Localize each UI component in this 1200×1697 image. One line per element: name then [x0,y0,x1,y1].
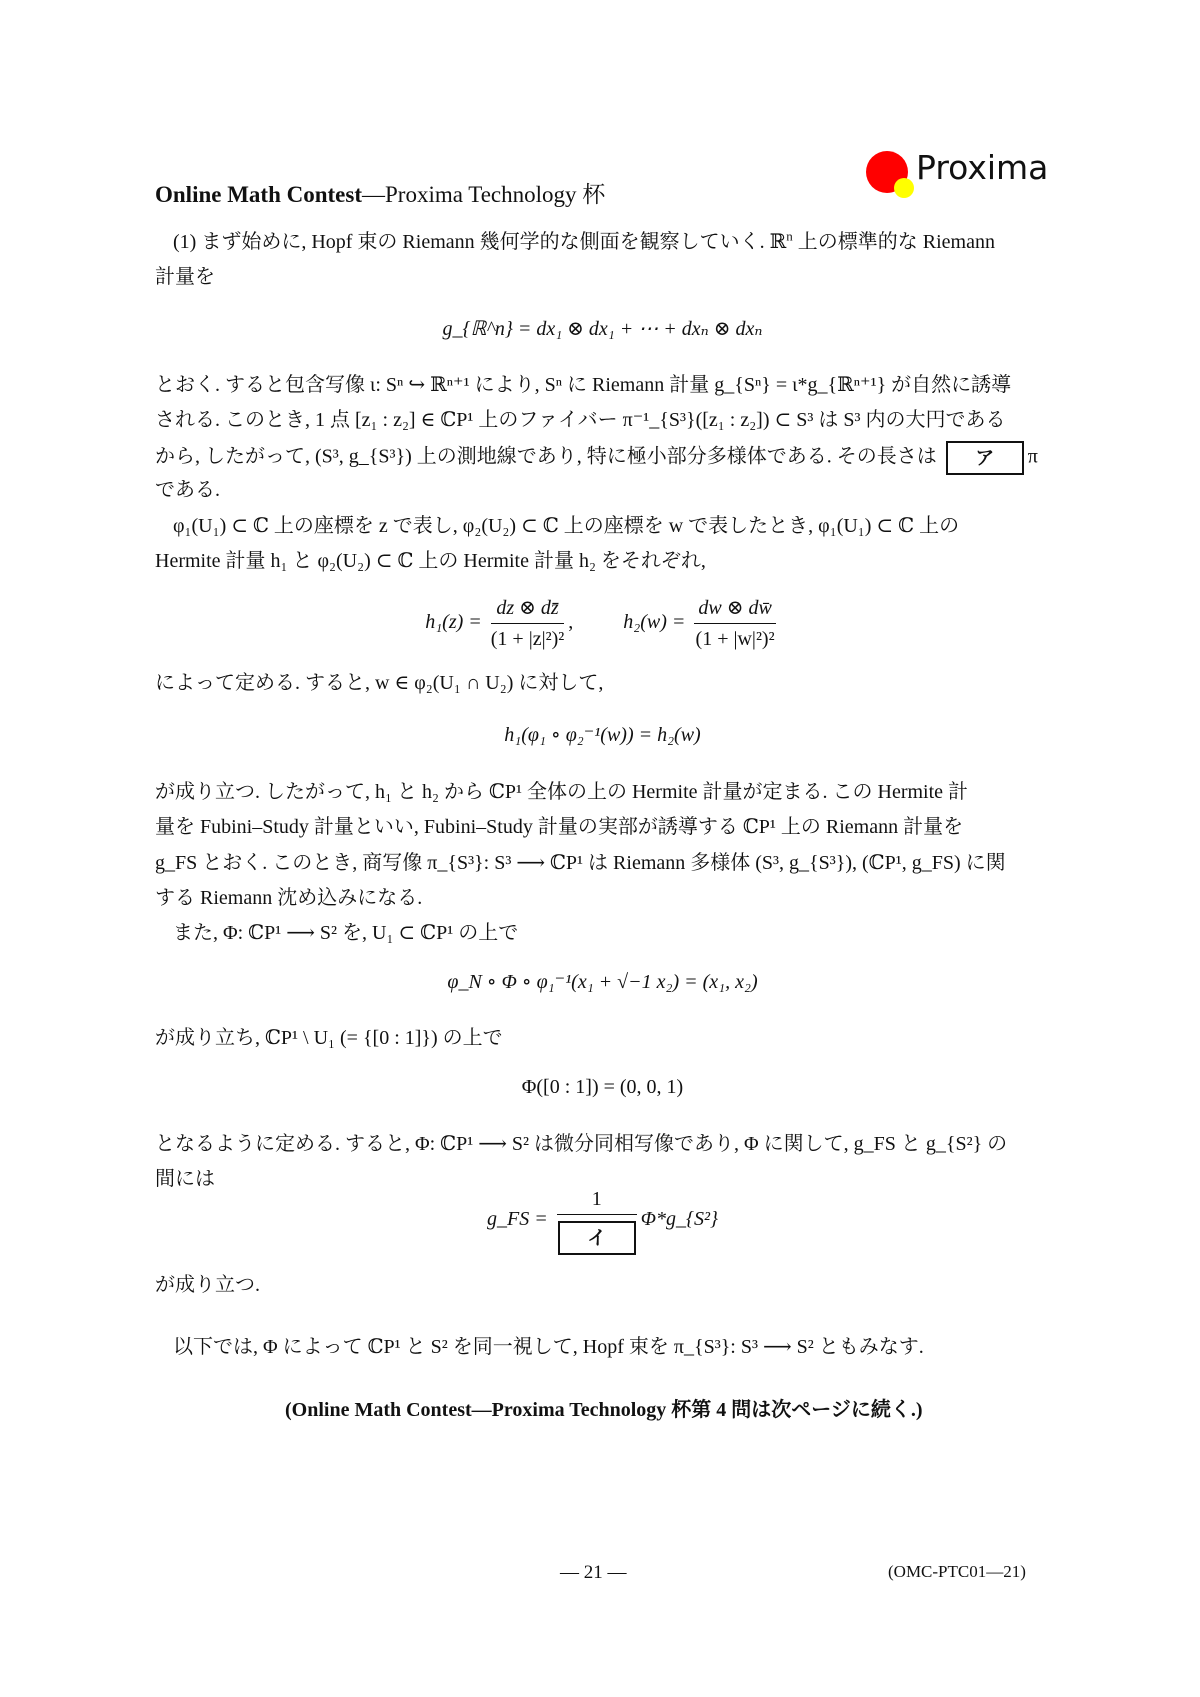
document-page: Online Math Contest—Proxima Technology 杯… [0,0,1200,1697]
continued-notice: (Online Math Contest—Proxima Technology … [285,1393,923,1422]
paragraph-8-line-1: となるように定める. すると, Φ: ℂP¹ ⟶ S² は微分同相写像であり, … [155,1131,1050,1157]
equation-north-pole: Φ([0 : 1]) = (0, 0, 1) [155,1074,1050,1100]
page-number: — 21 — [560,1562,627,1584]
paragraph-9-line-1: が成り立つ. [155,1272,1050,1298]
paragraph-5-line-3: g_FS とおく. このとき, 商写像 π_{S³}: S³ ⟶ ℂP¹ は R… [155,850,1050,876]
equation-transition: h₁(φ₁ ∘ φ₂⁻¹(w)) = h₂(w) [155,722,1050,748]
paragraph-7-line-1: が成り立ち, ℂP¹ \ U₁ (= {[0 : 1]}) の上で [155,1025,1050,1051]
paragraph-2-line-1: とおく. すると包含写像 ι: Sⁿ ↪ ℝⁿ⁺¹ により, Sⁿ に Riem… [155,372,1050,398]
paragraph-1-line-2: 計量を [155,264,1050,290]
answer-box-a[interactable]: ア [946,441,1024,475]
paragraph-3-line-1: φ₁(U₁) ⊂ ℂ 上の座標を z で表し, φ₂(U₂) ⊂ ℂ 上の座標を… [155,513,1050,539]
paragraph-4-line-1: によって定める. すると, w ∈ φ₂(U₁ ∩ U₂) に対して, [155,670,1050,696]
paragraph-2-line-3: から, したがって, (S³, g_{S³}) 上の測地線であり, 特に極小部分… [155,441,1050,475]
contest-name: Online Math Contest [155,182,362,207]
paragraph-5-line-1: が成り立つ. したがって, h₁ と h₂ から ℂP¹ 全体の上の Hermi… [155,779,1050,805]
logo-yellow-circle-icon [894,178,914,198]
paragraph-5-line-4: する Riemann 沈め込みになる. [155,885,1050,911]
paragraph-1-line-1: (1) まず始めに, Hopf 束の Riemann 幾何学的な側面を観察してい… [155,229,1050,255]
logo-text: Proxima [916,148,1048,187]
contest-sponsor: —Proxima Technology 杯 [362,182,605,207]
paragraph-6-line-1: また, Φ: ℂP¹ ⟶ S² を, U₁ ⊂ ℂP¹ の上で [155,920,1050,946]
document-code: (OMC-PTC01—21) [888,1562,1026,1582]
equation-euclidean-metric: g_{ℝ^n} = dx₁ ⊗ dx₁ + ⋯ + dxₙ ⊗ dxₙ [155,316,1050,342]
paragraph-2-line-4: である. [155,477,1050,503]
answer-box-i[interactable]: イ [558,1221,636,1255]
proxima-logo: Proxima [866,148,1066,204]
equation-fubini-study-relation: g_FS = 1イΦ*g_{S²} [155,1186,1050,1255]
equation-hermite-metrics: h₁(z) = dz ⊗ dz̄(1 + |z|²)², h₂(w) = dw … [155,595,1050,652]
equation-stereographic: φ_N ∘ Φ ∘ φ₁⁻¹(x₁ + √−1 x₂) = (x₁, x₂) [155,969,1050,995]
paragraph-10-line-1: 以下では, Φ によって ℂP¹ と S² を同一視して, Hopf 束を π_… [155,1334,1050,1360]
header-title: Online Math Contest—Proxima Technology 杯 [155,176,605,209]
paragraph-2-line-2: される. このとき, 1 点 [z₁ : z₂] ∈ ℂP¹ 上のファイバー π… [155,407,1050,433]
paragraph-3-line-2: Hermite 計量 h₁ と φ₂(U₂) ⊂ ℂ 上の Hermite 計量… [155,548,1050,574]
paragraph-5-line-2: 量を Fubini–Study 計量といい, Fubini–Study 計量の実… [155,814,1050,840]
